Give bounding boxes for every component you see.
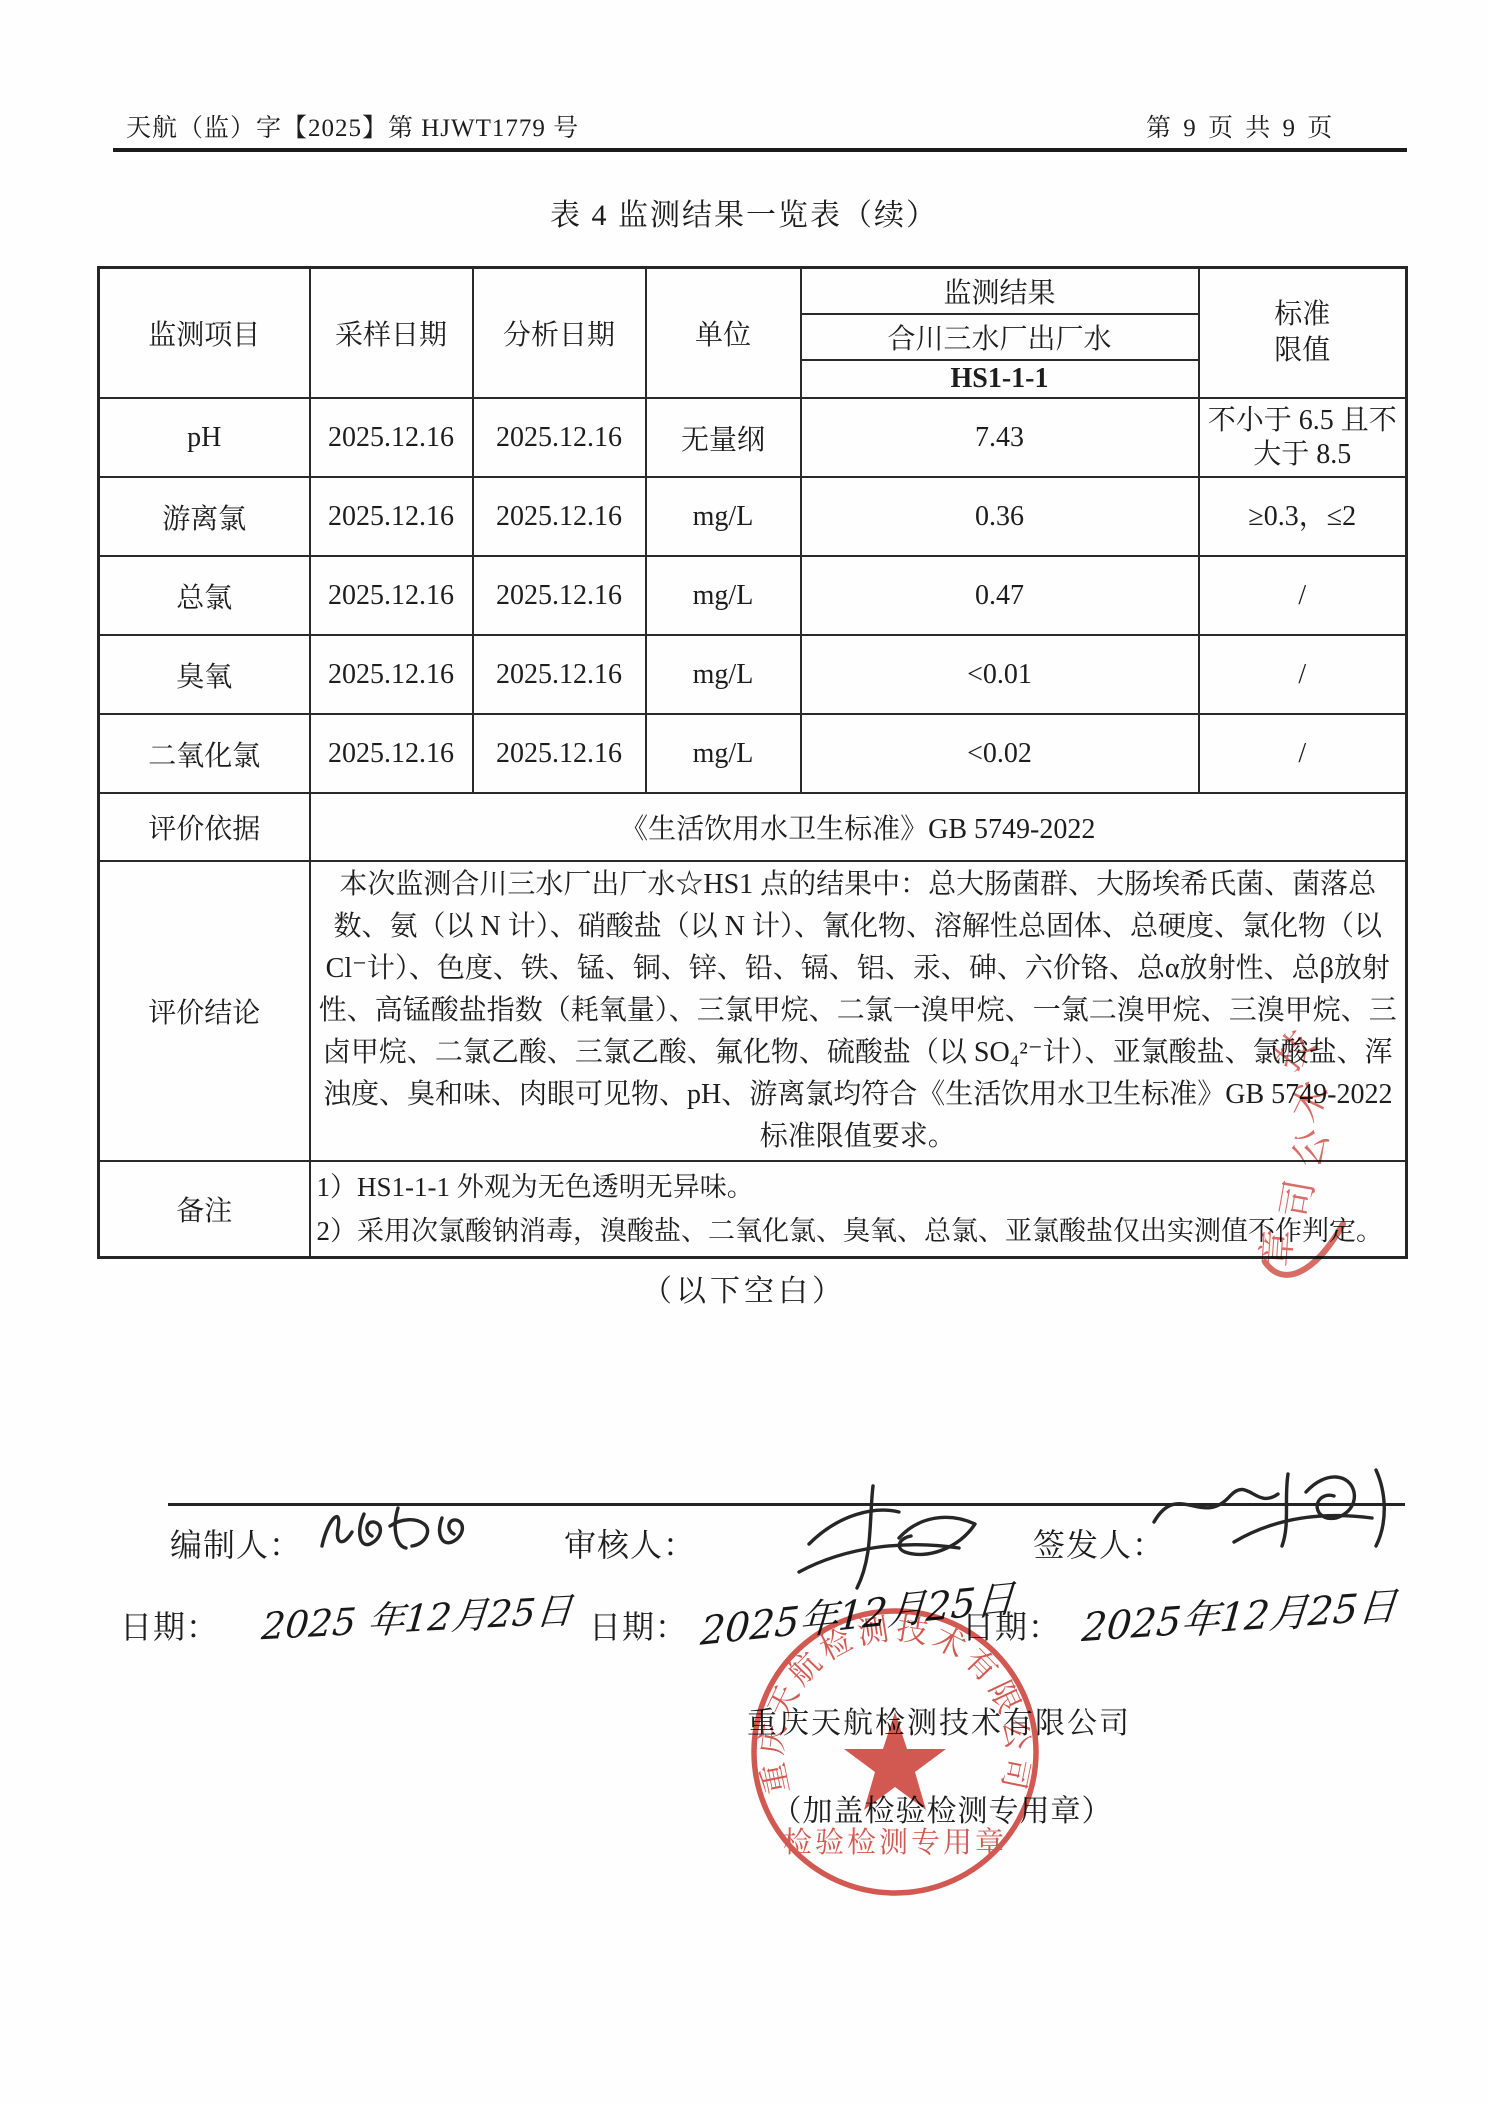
cell-result: 7.43 <box>801 398 1199 477</box>
remark-line-2: 2）采用次氯酸钠消毒，溴酸盐、二氧化氯、臭氧、总氯、亚氯酸盐仅出实测值不作判定。 <box>317 1209 1400 1253</box>
cell-unit: mg/L <box>646 556 801 635</box>
cell-sample-date: 2025.12.16 <box>310 398 473 477</box>
table-row: 游离氯 2025.12.16 2025.12.16 mg/L 0.36 ≥0.3… <box>99 477 1407 556</box>
cell-item: 二氧化氯 <box>99 714 310 793</box>
col-header-result-site: 合川三水厂出厂水 <box>801 314 1199 360</box>
cell-sample-date: 2025.12.16 <box>310 635 473 714</box>
preparer-label: 编制人： <box>170 1520 302 1566</box>
cell-analysis-date: 2025.12.16 <box>473 398 646 477</box>
remark-row: 备注 1）HS1-1-1 外观为无色透明无异味。 2）采用次氯酸钠消毒，溴酸盐、… <box>99 1161 1407 1257</box>
company-seal: 重庆天航检测技术有限公司 检验检测专用章 <box>745 1602 1045 1902</box>
cell-limit: / <box>1199 635 1407 714</box>
seal-banner-text: 检验检测专用章 <box>783 1826 1007 1859</box>
date-label: 日期： <box>120 1602 219 1648</box>
basis-label: 评价依据 <box>99 793 310 861</box>
cell-result: 0.36 <box>801 477 1199 556</box>
date-value-handwritten: 2025 年12月25日 <box>260 1580 575 1651</box>
col-header-analysis-date: 分析日期 <box>473 268 646 399</box>
table-row: 总氯 2025.12.16 2025.12.16 mg/L 0.47 / <box>99 556 1407 635</box>
table-header-row-1: 监测项目 采样日期 分析日期 单位 监测结果 标准限值 <box>99 268 1407 315</box>
cell-item: 游离氯 <box>99 477 310 556</box>
report-title: 表 4 监测结果一览表（续） <box>0 190 1488 234</box>
basis-row: 评价依据 《生活饮用水卫生标准》GB 5749-2022 <box>99 793 1407 861</box>
cell-unit: 无量纲 <box>646 398 801 477</box>
cell-sample-date: 2025.12.16 <box>310 477 473 556</box>
cell-limit: / <box>1199 714 1407 793</box>
issuer-signature <box>1140 1452 1400 1572</box>
col-header-limit: 标准限值 <box>1199 268 1407 399</box>
cell-unit: mg/L <box>646 477 801 556</box>
cell-result: <0.02 <box>801 714 1199 793</box>
cell-unit: mg/L <box>646 635 801 714</box>
cell-sample-date: 2025.12.16 <box>310 714 473 793</box>
col-header-limit-text: 标准限值 <box>1267 297 1337 369</box>
cell-analysis-date: 2025.12.16 <box>473 477 646 556</box>
cell-limit: ≥0.3，≤2 <box>1199 477 1407 556</box>
partial-seal-char: 司 <box>1275 1177 1323 1222</box>
partial-seal-char: 公 <box>1286 1124 1338 1173</box>
cell-sample-date: 2025.12.16 <box>310 556 473 635</box>
cell-limit: 不小于 6.5 且不大于 8.5 <box>1199 398 1407 477</box>
preparer-signature <box>308 1488 493 1573</box>
cell-item: 臭氧 <box>99 635 310 714</box>
partial-seal: 技 术 公 司 章 <box>1255 1028 1380 1298</box>
date-label: 日期： <box>589 1602 688 1648</box>
cell-limit: / <box>1199 556 1407 635</box>
cell-analysis-date: 2025.12.16 <box>473 635 646 714</box>
seal-star-icon <box>844 1712 946 1810</box>
col-header-item: 监测项目 <box>99 268 310 399</box>
results-table: 监测项目 采样日期 分析日期 单位 监测结果 标准限值 合川三水厂出厂水 HS1… <box>97 266 1408 1259</box>
cell-analysis-date: 2025.12.16 <box>473 556 646 635</box>
table-row: 臭氧 2025.12.16 2025.12.16 mg/L <0.01 / <box>99 635 1407 714</box>
table-row: 二氧化氯 2025.12.16 2025.12.16 mg/L <0.02 / <box>99 714 1407 793</box>
cell-result: 0.47 <box>801 556 1199 635</box>
date-value-handwritten: 2025年12月25日 <box>1080 1575 1400 1653</box>
remark-line-1: 1）HS1-1-1 外观为无色透明无异味。 <box>317 1165 1400 1209</box>
header-rule <box>113 148 1407 152</box>
page-indicator: 第 9 页 共 9 页 <box>1146 108 1335 144</box>
col-header-unit: 单位 <box>646 268 801 399</box>
conclusion-label: 评价结论 <box>99 861 310 1161</box>
cell-result: <0.01 <box>801 635 1199 714</box>
cell-item: 总氯 <box>99 556 310 635</box>
col-header-result-group: 监测结果 <box>801 268 1199 315</box>
cell-analysis-date: 2025.12.16 <box>473 714 646 793</box>
col-header-sample-date: 采样日期 <box>310 268 473 399</box>
reviewer-label: 审核人： <box>564 1520 696 1566</box>
partial-seal-char: 术 <box>1283 1075 1337 1128</box>
col-header-result-point: HS1-1-1 <box>801 360 1199 398</box>
conclusion-text: 本次监测合川三水厂出厂水☆HS1 点的结果中：总大肠菌群、大肠埃希氏菌、菌落总数… <box>310 861 1407 1161</box>
table-row: pH 2025.12.16 2025.12.16 无量纲 7.43 不小于 6.… <box>99 398 1407 477</box>
remark-text: 1）HS1-1-1 外观为无色透明无异味。 2）采用次氯酸钠消毒，溴酸盐、二氧化… <box>310 1161 1407 1257</box>
doc-number: 天航（监）字【2025】第 HJWT1779 号 <box>126 108 579 144</box>
partial-seal-char: 技 <box>1267 1028 1324 1080</box>
scanned-report-page: 天航（监）字【2025】第 HJWT1779 号 第 9 页 共 9 页 表 4… <box>0 0 1488 2104</box>
cell-unit: mg/L <box>646 714 801 793</box>
remark-label: 备注 <box>99 1161 310 1257</box>
cell-item: pH <box>99 398 310 477</box>
conclusion-row: 评价结论 本次监测合川三水厂出厂水☆HS1 点的结果中：总大肠菌群、大肠埃希氏菌… <box>99 861 1407 1161</box>
basis-text: 《生活饮用水卫生标准》GB 5749-2022 <box>310 793 1407 861</box>
